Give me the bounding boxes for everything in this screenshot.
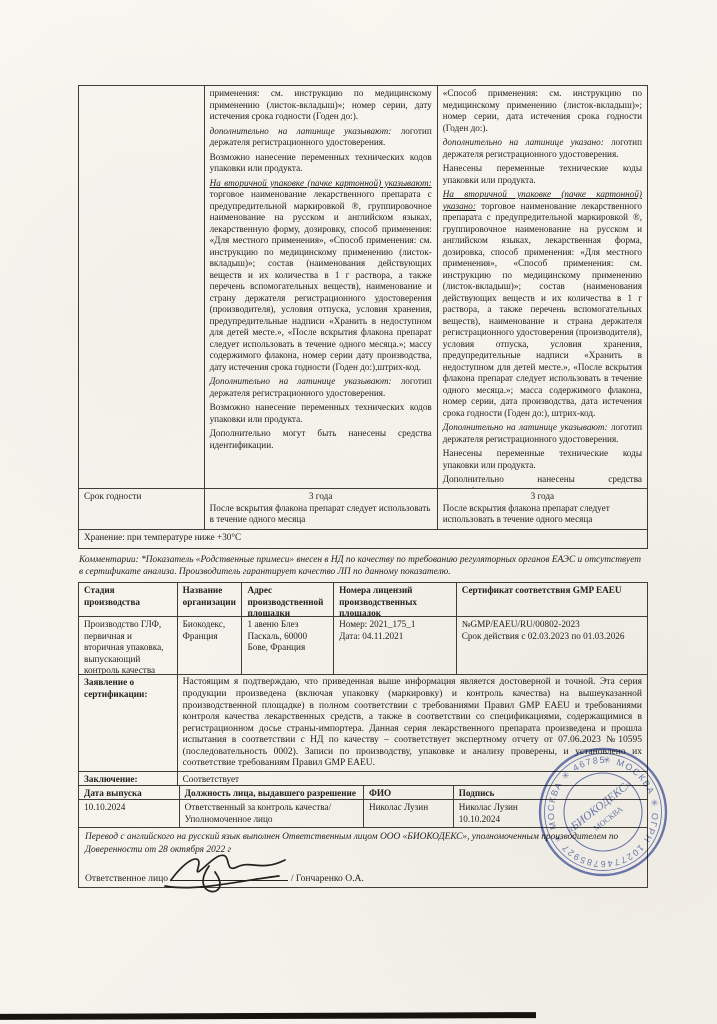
license-number: Номер: 2021_175_1: [339, 619, 451, 631]
paragraph: применения: см. инструкцию по медицинско…: [210, 88, 432, 123]
shelf-life-row: Срок годности 3 года После вскрытия флак…: [79, 488, 647, 529]
labelling-text-left: применения: см. инструкцию по медицинско…: [204, 86, 437, 488]
license-date: Дата: 04.11.2021: [339, 631, 451, 643]
signature-cell: Николас Лузин 10.10.2024: [453, 800, 647, 827]
gmp-validity: Срок действия с 02.03.2023 по 01.03.2026: [462, 631, 642, 643]
header-licenses: Номера лицензий производственных площадо…: [333, 583, 456, 616]
header-gmp-certificate: Сертификат соответствия GMP EAEU: [456, 583, 647, 616]
paragraph-lead: На вторичной упаковке (пачке картонной) …: [443, 189, 642, 211]
paragraph-lead: дополнительно на латинице указывают:: [210, 126, 392, 136]
header-organization: Название организации: [177, 583, 242, 616]
conclusion-label: Заключение:: [79, 772, 177, 785]
shelf-life-right-note: После вскрытия флакона препарат следует …: [443, 503, 642, 526]
paragraph-lead: На вторичной упаковке (пачке картонной) …: [210, 178, 432, 188]
paragraph: дополнительно на латинице указывают: лог…: [210, 126, 432, 149]
paragraph: «Способ применения: см. инструкцию по ме…: [443, 88, 642, 134]
license-cell: Номер: 2021_175_1 Дата: 04.11.2021: [333, 617, 456, 674]
shelf-life-right-duration: 3 года: [443, 491, 642, 503]
signature-date: 10.10.2024: [459, 814, 642, 826]
labelling-table: применения: см. инструкцию по медицинско…: [78, 85, 648, 549]
gmp-certificate-cell: №GMP/EAEU/RU/00802-2023 Срок действия с …: [456, 617, 647, 674]
storage-text: Хранение: при температуре ниже +30°С: [79, 530, 647, 548]
paragraph: Дополнительно нанесены средства идентифи…: [443, 474, 642, 488]
handwritten-signature: [157, 846, 307, 902]
release-header-row: Дата выпуска Должность лица, выдавшего р…: [79, 785, 647, 799]
paragraph: Дополнительно на латинице указывают: лог…: [443, 422, 642, 445]
paragraph: На вторичной упаковке (пачке картонной) …: [443, 189, 642, 419]
paragraph-lead: дополнительно на латинице указано:: [443, 137, 604, 147]
paragraph: Дополнительно могут быть нанесены средст…: [210, 428, 432, 451]
conclusion-row: Заключение: Соответствует: [79, 771, 647, 785]
signature-name: Николас Лузин: [459, 802, 642, 814]
certification-label: Заявление о сертификации:: [79, 675, 177, 771]
manufacturing-data-row: Производство ГЛФ, первичная и вторичная …: [79, 616, 647, 674]
paragraph: дополнительно на латинице указано: логот…: [443, 137, 642, 160]
manufacturing-header-row: Стадия производства Название организации…: [79, 583, 647, 616]
shelf-life-left: 3 года После вскрытия флакона препарат с…: [204, 489, 437, 529]
header-full-name: ФИО: [363, 786, 453, 799]
gmp-number: №GMP/EAEU/RU/00802-2023: [462, 619, 642, 631]
paragraph: На вторичной упаковке (пачке картонной) …: [210, 178, 432, 374]
shelf-life-right: 3 года После вскрытия флакона препарат с…: [437, 489, 647, 529]
responsible-label: Ответственное лицо: [85, 873, 168, 884]
shelf-life-left-duration: 3 года: [210, 491, 432, 503]
storage-row: Хранение: при температуре ниже +30°С: [79, 529, 647, 548]
header-authorizer-position: Должность лица, выдавшего разрешение: [179, 786, 363, 799]
scan-edge-artifact: [0, 1012, 536, 1020]
certification-statement-row: Заявление о сертификации: Настоящим я по…: [79, 674, 647, 771]
site-address-cell: 1 авеню Блез Паскаль, 60000 Бове, Франци…: [241, 617, 333, 674]
paragraph: Дополнительно на латинице указывают: лог…: [210, 376, 432, 399]
document-page: применения: см. инструкцию по медицинско…: [0, 0, 717, 1024]
authorizer-position-cell: Ответственный за контроль качества/Уполн…: [179, 800, 363, 827]
header-release-date: Дата выпуска: [79, 786, 179, 799]
comments-note: Комментарии: *Показатель «Родственные пр…: [79, 554, 647, 578]
labelling-row: применения: см. инструкцию по медицинско…: [79, 86, 647, 488]
header-production-stage: Стадия производства: [79, 583, 177, 616]
paragraph: Нанесены переменные технические коды упа…: [443, 163, 642, 186]
release-date-cell: 10.10.2024: [79, 800, 179, 827]
organization-cell: Биокодекс, Франция: [177, 617, 242, 674]
certification-text: Настоящим я подтверждаю, что приведенная…: [177, 675, 647, 771]
release-data-row: 10.10.2024 Ответственный за контроль кач…: [79, 799, 647, 827]
paragraph: Возможно нанесение переменных технически…: [210, 402, 432, 425]
shelf-life-label: Срок годности: [79, 489, 204, 529]
header-signature: Подпись: [453, 786, 647, 799]
paragraph-lead: Дополнительно на латинице указывают:: [443, 422, 608, 432]
paragraph: Нанесены переменные технические коды упа…: [443, 448, 642, 471]
header-site-address: Адрес производственной площадки: [241, 583, 333, 616]
certification-table: Стадия производства Название организации…: [78, 582, 648, 888]
conclusion-value: Соответствует: [177, 772, 647, 785]
production-stage-cell: Производство ГЛФ, первичная и вторичная …: [79, 617, 177, 674]
labelling-text-right: «Способ применения: см. инструкцию по ме…: [437, 86, 647, 488]
labelling-label-cell-empty: [79, 86, 204, 488]
shelf-life-left-note: После вскрытия флакона препарат следует …: [210, 503, 432, 526]
paragraph: Возможно нанесение переменных технически…: [210, 152, 432, 175]
footer-row: Перевод с английского на русский язык вы…: [79, 827, 647, 887]
full-name-cell: Николас Лузин: [363, 800, 453, 827]
paragraph-lead: Дополнительно на латинице указывают:: [210, 376, 392, 386]
document-sheet: применения: см. инструкцию по медицинско…: [78, 85, 648, 888]
